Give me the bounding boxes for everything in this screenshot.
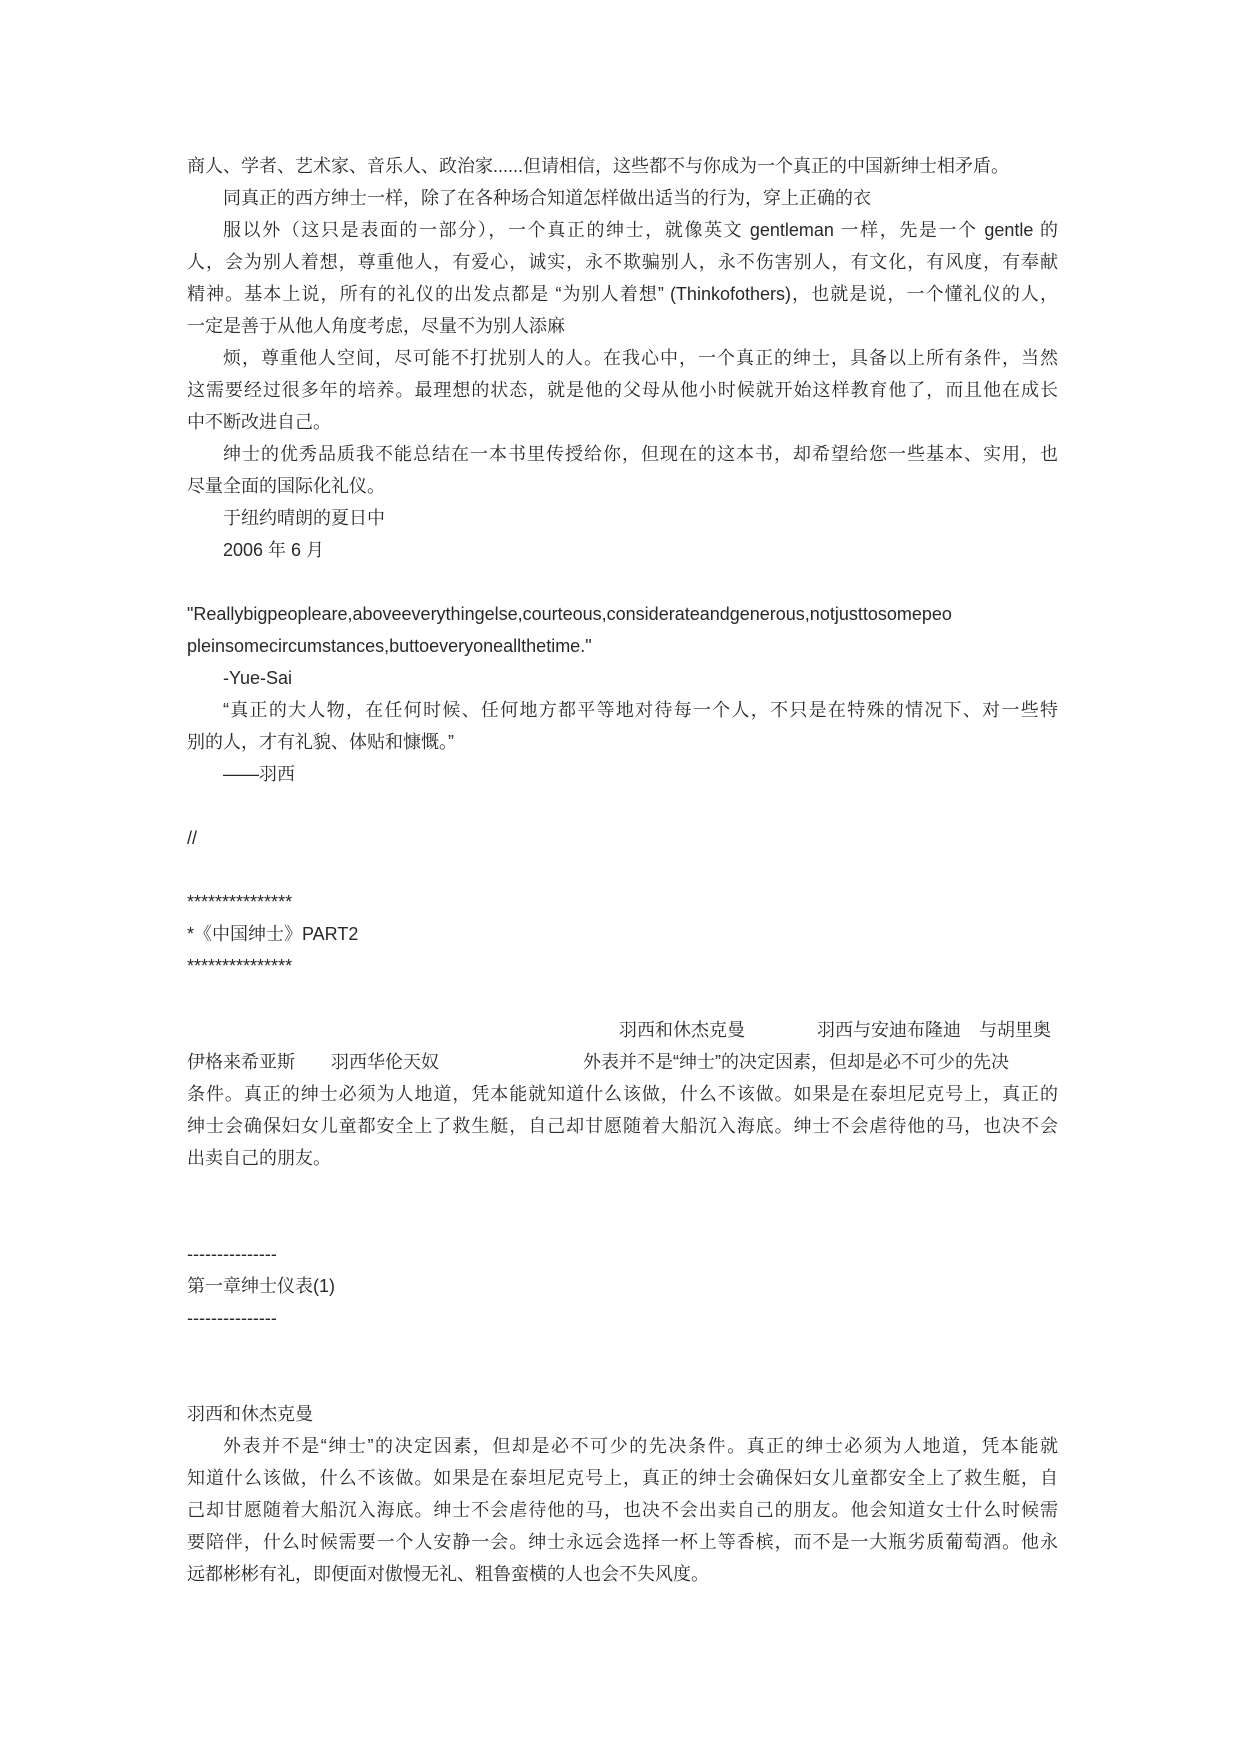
text-line: 要陪伴，什么时候需要一个人安静一会。绅士永远会选择一杯上等香槟，而不是一大瓶劣质… [187,1526,1058,1558]
text-line: 出卖自己的朋友。 [187,1142,1058,1174]
text-line: pleinsomecircumstances,buttoeveryoneallt… [187,630,1058,662]
blank-line [187,1206,1058,1238]
text-line: 尽量全面的国际化礼仪。 [187,470,1058,502]
text-line: 人，会为别人着想，尊重他人，有爱心，诚实，永不欺骗别人，永不伤害别人，有文化，有… [187,246,1058,278]
text-line: -Yue-Sai [187,662,1058,694]
text-line: ——羽西 [187,758,1058,790]
text-line: --------------- [187,1238,1058,1270]
blank-line [187,982,1058,1014]
text-line: 精神。基本上说，所有的礼仪的出发点都是 “为别人着想” (Thinkofothe… [187,278,1058,310]
text-line: 2006 年 6 月 [187,534,1058,566]
blank-line [187,566,1058,598]
text-line: 伊格来希亚斯 羽西华伦天奴 外表并不是“绅士”的决定因素，但却是必不可少的先决 [187,1046,1058,1078]
text-line: 中不断改进自己。 [187,406,1058,438]
blank-line [187,1174,1058,1206]
text-line: 己却甘愿随着大船沉入海底。绅士不会虐待他的马，也决不会出卖自己的朋友。他会知道女… [187,1494,1058,1526]
text-line: 羽西和休杰克曼 [187,1398,1058,1430]
text-line: 条件。真正的绅士必须为人地道，凭本能就知道什么该做，什么不该做。如果是在泰坦尼克… [187,1078,1058,1110]
text-line: 绅士会确保妇女儿童都安全上了救生艇，自己却甘愿随着大船沉入海底。绅士不会虐待他的… [187,1110,1058,1142]
document-body: 商人、学者、艺术家、音乐人、政治家......但请相信，这些都不与你成为一个真正… [187,150,1058,1590]
text-line: 知道什么该做，什么不该做。如果是在泰坦尼克号上，真正的绅士会确保妇女儿童都安全上… [187,1462,1058,1494]
text-line: 这需要经过很多年的培养。最理想的状态，就是他的父母从他小时候就开始这样教育他了，… [187,374,1058,406]
text-line: 羽西和休杰克曼 羽西与安迪布隆迪 与胡里奥 [187,1014,1058,1046]
text-line: 烦，尊重他人空间，尽可能不打扰别人的人。在我心中，一个真正的绅士，具备以上所有条… [187,342,1058,374]
text-line: // [187,822,1058,854]
blank-line [187,1366,1058,1398]
text-line: --------------- [187,1302,1058,1334]
text-line: 同真正的西方绅士一样，除了在各种场合知道怎样做出适当的行为，穿上正确的衣 [187,182,1058,214]
text-line: *************** [187,950,1058,982]
text-line: 别的人，才有礼貌、体贴和慷慨。” [187,726,1058,758]
text-line: 绅士的优秀品质我不能总结在一本书里传授给你，但现在的这本书，却希望给您一些基本、… [187,438,1058,470]
text-line: 于纽约晴朗的夏日中 [187,502,1058,534]
blank-line [187,854,1058,886]
blank-line [187,1334,1058,1366]
blank-line [187,790,1058,822]
text-line: "Reallybigpeopleare,aboveeverythingelse,… [187,598,1058,630]
text-line: *《中国绅士》PART2 [187,918,1058,950]
text-line: 服以外（这只是表面的一部分），一个真正的绅士，就像英文 gentleman 一样… [187,214,1058,246]
text-line: 远都彬彬有礼，即便面对傲慢无礼、粗鲁蛮横的人也会不失风度。 [187,1558,1058,1590]
text-line: 一定是善于从他人角度考虑，尽量不为别人添麻 [187,310,1058,342]
document-page: 商人、学者、艺术家、音乐人、政治家......但请相信，这些都不与你成为一个真正… [0,0,1240,1754]
text-line: 外表并不是“绅士”的决定因素，但却是必不可少的先决条件。真正的绅士必须为人地道，… [187,1430,1058,1462]
text-line: *************** [187,886,1058,918]
text-line: 第一章绅士仪表(1) [187,1270,1058,1302]
text-line: 商人、学者、艺术家、音乐人、政治家......但请相信，这些都不与你成为一个真正… [187,150,1058,182]
text-line: “真正的大人物，在任何时候、任何地方都平等地对待每一个人，不只是在特殊的情况下、… [187,694,1058,726]
